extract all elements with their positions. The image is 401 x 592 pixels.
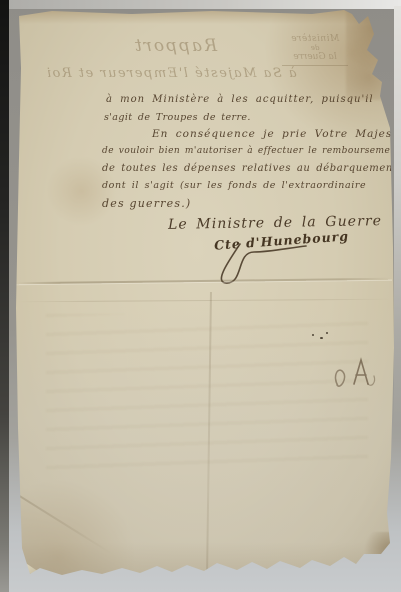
body-line-5: de toutes les dépenses relatives au déba… xyxy=(102,163,398,174)
bleedthrough-letterhead-line: de xyxy=(282,44,348,52)
manuscript-page: Rapport à Sa Majesté l'Empereur et Roi M… xyxy=(12,8,398,580)
margin-ink-mark xyxy=(330,352,378,404)
bottom-edge-soiling xyxy=(12,542,398,580)
left-shadow-strip xyxy=(0,0,9,592)
bleedthrough-letterhead-line: Ministère xyxy=(282,34,348,44)
bleedthrough-title: Rapport xyxy=(100,36,250,56)
backing-mat-right-edge xyxy=(394,6,401,426)
horizontal-fold-crease-secondary xyxy=(16,299,392,303)
bleedthrough-letterhead: Ministère de la Guerre xyxy=(282,34,348,66)
ink-speck xyxy=(312,334,314,336)
bleedthrough-letterhead-line: la Guerre xyxy=(282,52,348,66)
body-line-2: s'agit de Troupes de terre. xyxy=(104,112,251,123)
closing-title: Le Ministre de la Guerre xyxy=(168,213,382,233)
body-line-6: dont il s'agit (sur les fonds de l'extra… xyxy=(102,180,366,191)
backing-mat-top-edge xyxy=(9,0,401,9)
body-line-3: En conséquence je prie Votre Majesté xyxy=(152,128,401,140)
bleedthrough-dedication: à Sa Majesté l'Empereur et Roi xyxy=(28,66,314,81)
body-line-1: à mon Ministère à les acquitter, puisqu'… xyxy=(106,94,374,105)
torn-corner-stain xyxy=(346,10,388,100)
ink-speck xyxy=(320,337,323,339)
body-line-4: de vouloir bien m'autoriser à effectuer … xyxy=(102,146,401,156)
photo-of-document: { "photo": { "table_color": "#96948e", "… xyxy=(0,0,401,592)
ink-squiggle-icon xyxy=(330,352,378,400)
ink-speck xyxy=(326,332,328,334)
body-line-7: des guerres.) xyxy=(102,197,191,210)
